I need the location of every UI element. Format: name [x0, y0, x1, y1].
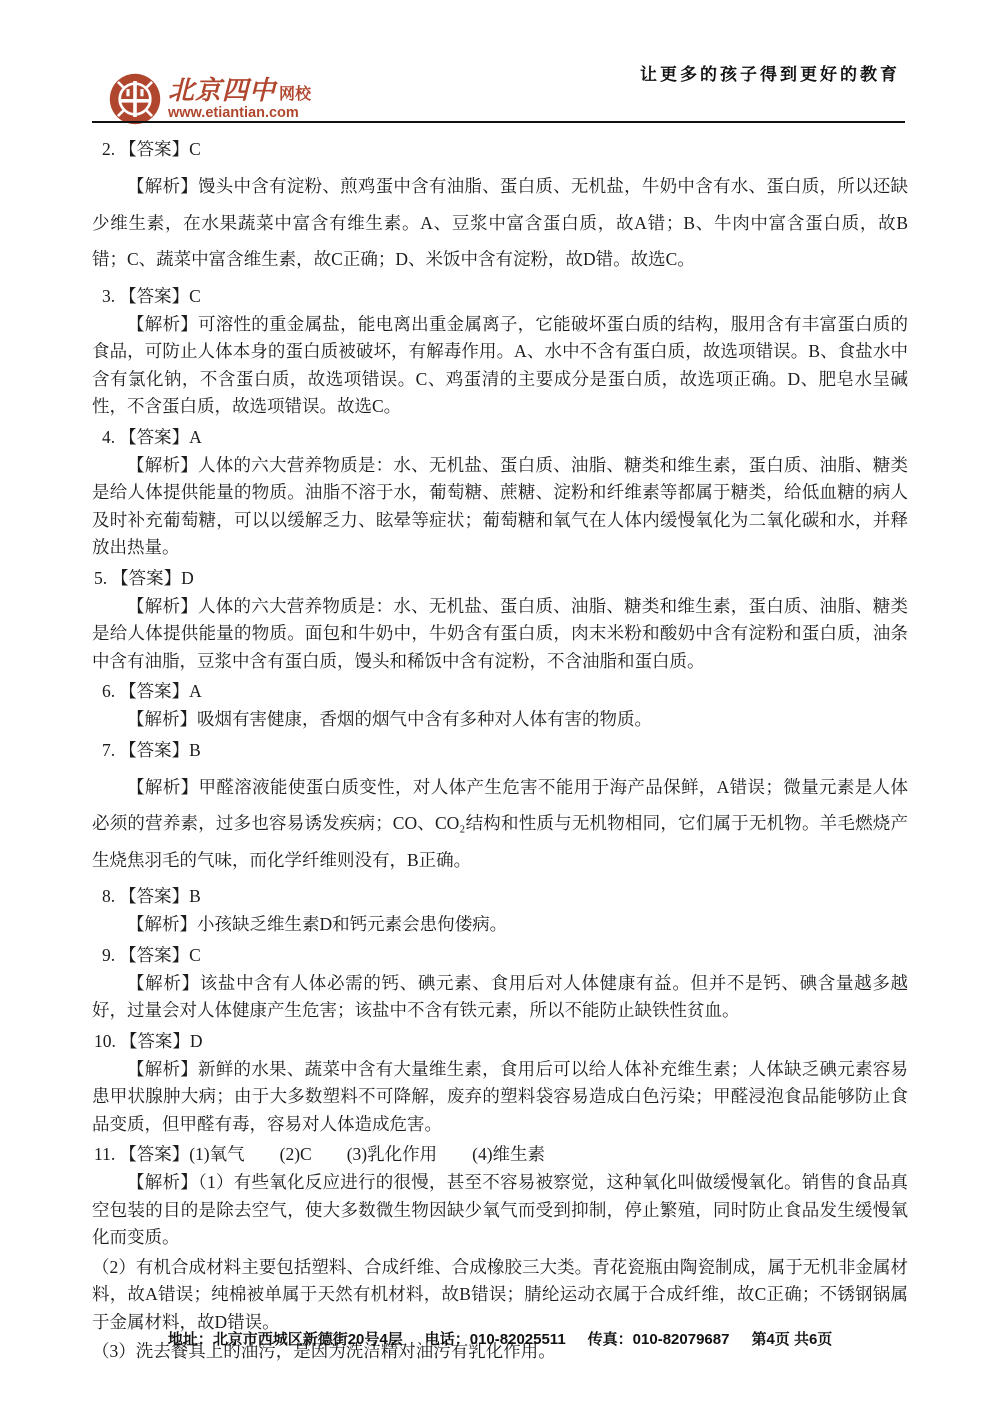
explanation-text: 人体的六大营养物质是：水、无机盐、蛋白质、油脂、糖类和维生素，蛋白质、油脂、糖类… [92, 455, 908, 558]
analysis-label: 【解析】 [127, 314, 198, 334]
question-block-8: 8.【答案】B 【解析】小孩缺乏维生素D和钙元素会患佝偻病。 [92, 883, 908, 939]
analysis-label: 【解析】 [127, 455, 198, 475]
answer-value: C [189, 286, 201, 306]
explanation-paragraph: 【解析】馒头中含有淀粉、煎鸡蛋中含有油脂、蛋白质、无机盐，牛奶中含有水、蛋白质，… [92, 168, 908, 278]
explanation-paragraph: （2）有机合成材料主要包括塑料、合成纤维、合成橡胶三大类。青花瓷瓶由陶瓷制成，属… [92, 1254, 908, 1337]
question-block-7: 7.【答案】B 【解析】甲醛溶液能使蛋白质变性，对人体产生危害不能用于海产品保鲜… [92, 737, 908, 879]
analysis-label: 【解析】 [127, 596, 198, 616]
answer-value: A [189, 427, 202, 447]
analysis-label: 【解析】 [127, 176, 198, 196]
question-number: 2. [102, 139, 115, 159]
question-number: 7. [102, 740, 115, 760]
footer-page-number: 第4页 共6页 [751, 1328, 832, 1349]
explanation-text: 小孩缺乏维生素D和钙元素会患佝偻病。 [197, 914, 507, 934]
answer-value: C [189, 945, 201, 965]
answer-value: D [190, 1031, 203, 1051]
answer-line: 5.【答案】D [92, 565, 908, 592]
logo-url: www.etiantian.com [168, 106, 311, 121]
answer-line: 8.【答案】B [92, 883, 908, 910]
answer-line: 10.【答案】D [92, 1028, 908, 1055]
explanation-paragraph: 【解析】吸烟有害健康，香烟的烟气中含有多种对人体有害的物质。 [92, 706, 908, 734]
answer-label: 【答案】 [119, 886, 189, 906]
explanation-paragraph: 【解析】新鲜的水果、蔬菜中含有大量维生素，食用后可以给人体补充维生素；人体缺乏碘… [92, 1056, 908, 1139]
answer-label: 【答案】 [119, 945, 189, 965]
document-page: 让更多的孩子得到更好的教育 北京四中 网校 www.etiantian.c [0, 0, 1000, 1415]
answer-line: 3.【答案】C [92, 283, 908, 310]
answer-value: A [189, 681, 202, 701]
analysis-label: 【解析】 [127, 973, 200, 993]
answer-line: 9.【答案】C [92, 942, 908, 969]
page-header: 让更多的孩子得到更好的教育 北京四中 网校 www.etiantian.c [0, 0, 1000, 132]
question-number: 3. [102, 286, 115, 306]
answer-value: B [189, 740, 201, 760]
analysis-label: 【解析】 [127, 709, 197, 729]
page-footer: 地址：北京市西城区新德街20号4层 电话：010-82025511 传真：010… [0, 1328, 1000, 1349]
explanation-text: 吸烟有害健康，香烟的烟气中含有多种对人体有害的物质。 [197, 709, 652, 729]
explanation-text: 人体的六大营养物质是：水、无机盐、蛋白质、油脂、糖类和维生素，蛋白质、油脂、糖类… [92, 596, 908, 671]
explanation-text: 甲醛溶液能使蛋白质变性，对人体产生危害不能用于海产品保鲜，A错误；微量元素是人体… [92, 777, 908, 870]
footer-address: 地址：北京市西城区新德街20号4层 [168, 1328, 403, 1349]
question-block-2: 2.【答案】C 【解析】馒头中含有淀粉、煎鸡蛋中含有油脂、蛋白质、无机盐，牛奶中… [92, 136, 908, 278]
analysis-label: 【解析】 [127, 1172, 198, 1192]
explanation-paragraph: 【解析】可溶性的重金属盐，能电离出重金属离子，它能破坏蛋白质的结构，服用含有丰富… [92, 311, 908, 421]
analysis-label: 【解析】 [127, 777, 198, 797]
explanation-text: （1）有些氧化反应进行的很慢，甚至不容易被察觉，这种氧化叫做缓慢氧化。销售的食品… [92, 1172, 908, 1247]
question-block-5: 5.【答案】D 【解析】人体的六大营养物质是：水、无机盐、蛋白质、油脂、糖类和维… [92, 565, 908, 676]
answer-label: 【答案】 [111, 568, 181, 588]
answers-content: 2.【答案】C 【解析】馒头中含有淀粉、煎鸡蛋中含有油脂、蛋白质、无机盐，牛奶中… [92, 133, 908, 1368]
logo-text: 北京四中 网校 www.etiantian.com [168, 72, 311, 121]
school-emblem-icon [108, 72, 162, 126]
answer-label: 【答案】 [119, 427, 189, 447]
analysis-label: 【解析】 [127, 1059, 198, 1079]
answer-label: 【答案】 [119, 740, 189, 760]
footer-phone: 电话：010-82025511 [425, 1328, 566, 1349]
answer-value: B [189, 886, 201, 906]
question-number: 6. [102, 681, 115, 701]
logo-name-suffix: 网校 [279, 87, 311, 103]
school-logo: 北京四中 网校 www.etiantian.com [108, 72, 311, 126]
answer-line: 7.【答案】B [92, 737, 908, 764]
question-number: 4. [102, 427, 115, 447]
footer-fax: 传真：010-82079687 [588, 1328, 730, 1349]
header-slogan: 让更多的孩子得到更好的教育 [640, 60, 900, 85]
analysis-label: 【解析】 [127, 914, 197, 934]
answer-label: 【答案】 [119, 286, 189, 306]
explanation-paragraph: 【解析】人体的六大营养物质是：水、无机盐、蛋白质、油脂、糖类和维生素，蛋白质、油… [92, 593, 908, 676]
explanation-text: （2）有机合成材料主要包括塑料、合成纤维、合成橡胶三大类。青花瓷瓶由陶瓷制成，属… [92, 1257, 908, 1332]
answer-value: C [189, 139, 201, 159]
question-number: 8. [102, 886, 115, 906]
answer-value: (1)氧气 (2)C (3)乳化作用 (4)维生素 [189, 1144, 545, 1164]
question-block-6: 6.【答案】A 【解析】吸烟有害健康，香烟的烟气中含有多种对人体有害的物质。 [92, 678, 908, 734]
answer-line: 2.【答案】C [92, 136, 908, 163]
question-block-9: 9.【答案】C 【解析】该盐中含有人体必需的钙、碘元素、食用后对人体健康有益。但… [92, 942, 908, 1025]
header-divider [92, 121, 905, 123]
question-number: 5. [94, 568, 107, 588]
explanation-text: 该盐中含有人体必需的钙、碘元素、食用后对人体健康有益。但并不是钙、碘含量越多越好… [92, 973, 908, 1021]
explanation-paragraph: 【解析】该盐中含有人体必需的钙、碘元素、食用后对人体健康有益。但并不是钙、碘含量… [92, 970, 908, 1025]
answer-line: 11.【答案】(1)氧气 (2)C (3)乳化作用 (4)维生素 [92, 1141, 908, 1168]
explanation-paragraph: 【解析】甲醛溶液能使蛋白质变性，对人体产生危害不能用于海产品保鲜，A错误；微量元… [92, 769, 908, 879]
question-block-4: 4.【答案】A 【解析】人体的六大营养物质是：水、无机盐、蛋白质、油脂、糖类和维… [92, 424, 908, 562]
question-block-3: 3.【答案】C 【解析】可溶性的重金属盐，能电离出重金属离子，它能破坏蛋白质的结… [92, 283, 908, 421]
answer-label: 【答案】 [119, 681, 189, 701]
question-number: 11. [94, 1144, 115, 1164]
answer-label: 【答案】 [119, 139, 189, 159]
explanation-paragraph: 【解析】小孩缺乏维生素D和钙元素会患佝偻病。 [92, 911, 908, 939]
question-number: 10. [94, 1031, 116, 1051]
explanation-paragraph: 【解析】（1）有些氧化反应进行的很慢，甚至不容易被察觉，这种氧化叫做缓慢氧化。销… [92, 1169, 908, 1252]
answer-label: 【答案】 [119, 1144, 189, 1164]
answer-value: D [181, 568, 194, 588]
answer-label: 【答案】 [120, 1031, 190, 1051]
answer-line: 4.【答案】A [92, 424, 908, 451]
answer-line: 6.【答案】A [92, 678, 908, 705]
explanation-text: 馒头中含有淀粉、煎鸡蛋中含有油脂、蛋白质、无机盐，牛奶中含有水、蛋白质，所以还缺… [92, 176, 908, 269]
question-number: 9. [102, 945, 115, 965]
explanation-text: 新鲜的水果、蔬菜中含有大量维生素，食用后可以给人体补充维生素；人体缺乏碘元素容易… [92, 1059, 908, 1134]
logo-name-main: 北京四中 [168, 78, 276, 104]
explanation-text: 可溶性的重金属盐，能电离出重金属离子，它能破坏蛋白质的结构，服用含有丰富蛋白质的… [92, 314, 908, 417]
explanation-paragraph: 【解析】人体的六大营养物质是：水、无机盐、蛋白质、油脂、糖类和维生素，蛋白质、油… [92, 452, 908, 562]
question-block-10: 10.【答案】D 【解析】新鲜的水果、蔬菜中含有大量维生素，食用后可以给人体补充… [92, 1028, 908, 1139]
